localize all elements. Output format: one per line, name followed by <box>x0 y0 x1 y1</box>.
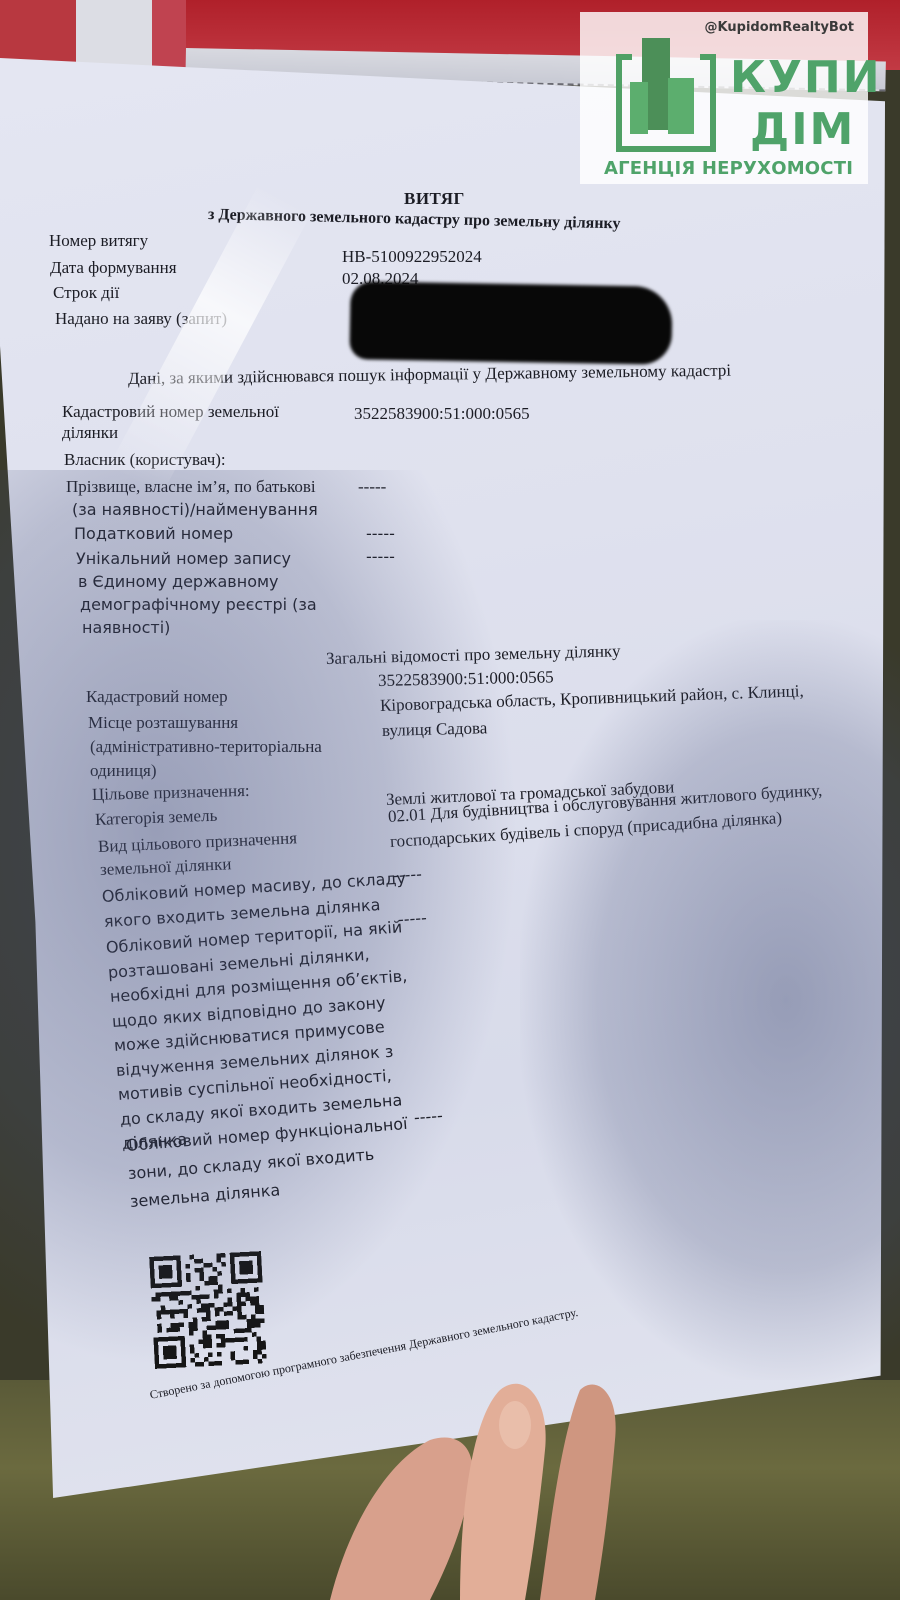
general-cadastral-label: Кадастровий номер <box>86 688 228 705</box>
request-label: Надано на заяву (запит) <box>55 310 227 327</box>
unique-value: ----- <box>366 549 395 565</box>
date-label: Дата формування <box>50 259 177 276</box>
zone-label-line: земельна ділянка <box>129 1182 280 1210</box>
owner-name-value: ----- <box>358 478 386 495</box>
category-label: Категорія земель <box>95 807 218 828</box>
extract-number-value: НВ-5100922952024 <box>342 248 482 265</box>
purpose-heading: Цільове призначення: <box>92 782 250 803</box>
territory-value: ----- <box>397 910 427 928</box>
owner-name-label-1: Прізвище, власне ім’я, по батькові <box>66 478 316 495</box>
general-cadastral-value: 3522583900:51:000:0565 <box>378 668 554 689</box>
tax-label: Податковий номер <box>74 526 233 542</box>
building-icon <box>668 78 694 134</box>
redaction-bar <box>349 281 672 365</box>
location-label-2: (адміністративно-територіальна <box>90 738 322 755</box>
validity-label: Строк дії <box>53 284 119 301</box>
document-title: ВИТЯГ <box>404 190 465 207</box>
tax-value: ----- <box>366 526 395 542</box>
type-label-2: земельної ділянки <box>100 855 232 878</box>
location-label-1: Місце розташування <box>88 714 238 731</box>
unique-label-4: наявності) <box>82 620 170 636</box>
watermark-brand-line2: ДІМ <box>750 108 855 152</box>
watermark-handle: @KupidomRealtyBot <box>705 20 854 35</box>
building-icon <box>630 82 648 134</box>
unique-label-3: демографічному реєстрі (за <box>80 597 317 613</box>
watermark-brand-line1: КУПИ <box>730 56 882 100</box>
document-content: ВИТЯГ з Державного земельного кадастру п… <box>0 0 900 1600</box>
unique-label-2: в Єдиному державному <box>78 574 279 590</box>
type-label-1: Вид цільового призначення <box>98 829 298 855</box>
location-label-3: одиниця) <box>90 762 157 779</box>
extract-number-label: Номер витягу <box>49 232 148 249</box>
search-cadastral-label-1: Кадастровий номер земельної <box>62 403 279 420</box>
owner-heading: Власник (користувач): <box>64 451 226 468</box>
search-cadastral-label-2: ділянки <box>62 424 118 441</box>
search-cadastral-value: 3522583900:51:000:0565 <box>354 405 530 422</box>
general-section-heading: Загальні відомості про земельну ділянку <box>326 642 621 667</box>
unique-label-1: Унікальний номер запису <box>76 551 291 567</box>
qr-code <box>149 1245 267 1375</box>
massif-value: ----- <box>393 866 423 884</box>
location-value-2: вулиця Садова <box>382 719 488 739</box>
watermark-tagline: АГЕНЦІЯ НЕРУХОМОСТІ <box>604 158 853 179</box>
watermark: @KupidomRealtyBot КУПИ ДІМ АГЕНЦІЯ НЕРУХ… <box>580 12 868 184</box>
owner-name-label-2: (за наявності)/найменування <box>72 502 318 518</box>
document-subtitle: з Державного земельного кадастру про зем… <box>208 207 621 232</box>
zone-value: ----- <box>413 1108 443 1126</box>
search-section-heading: Дані, за якими здійснювався пошук інформ… <box>128 362 731 387</box>
